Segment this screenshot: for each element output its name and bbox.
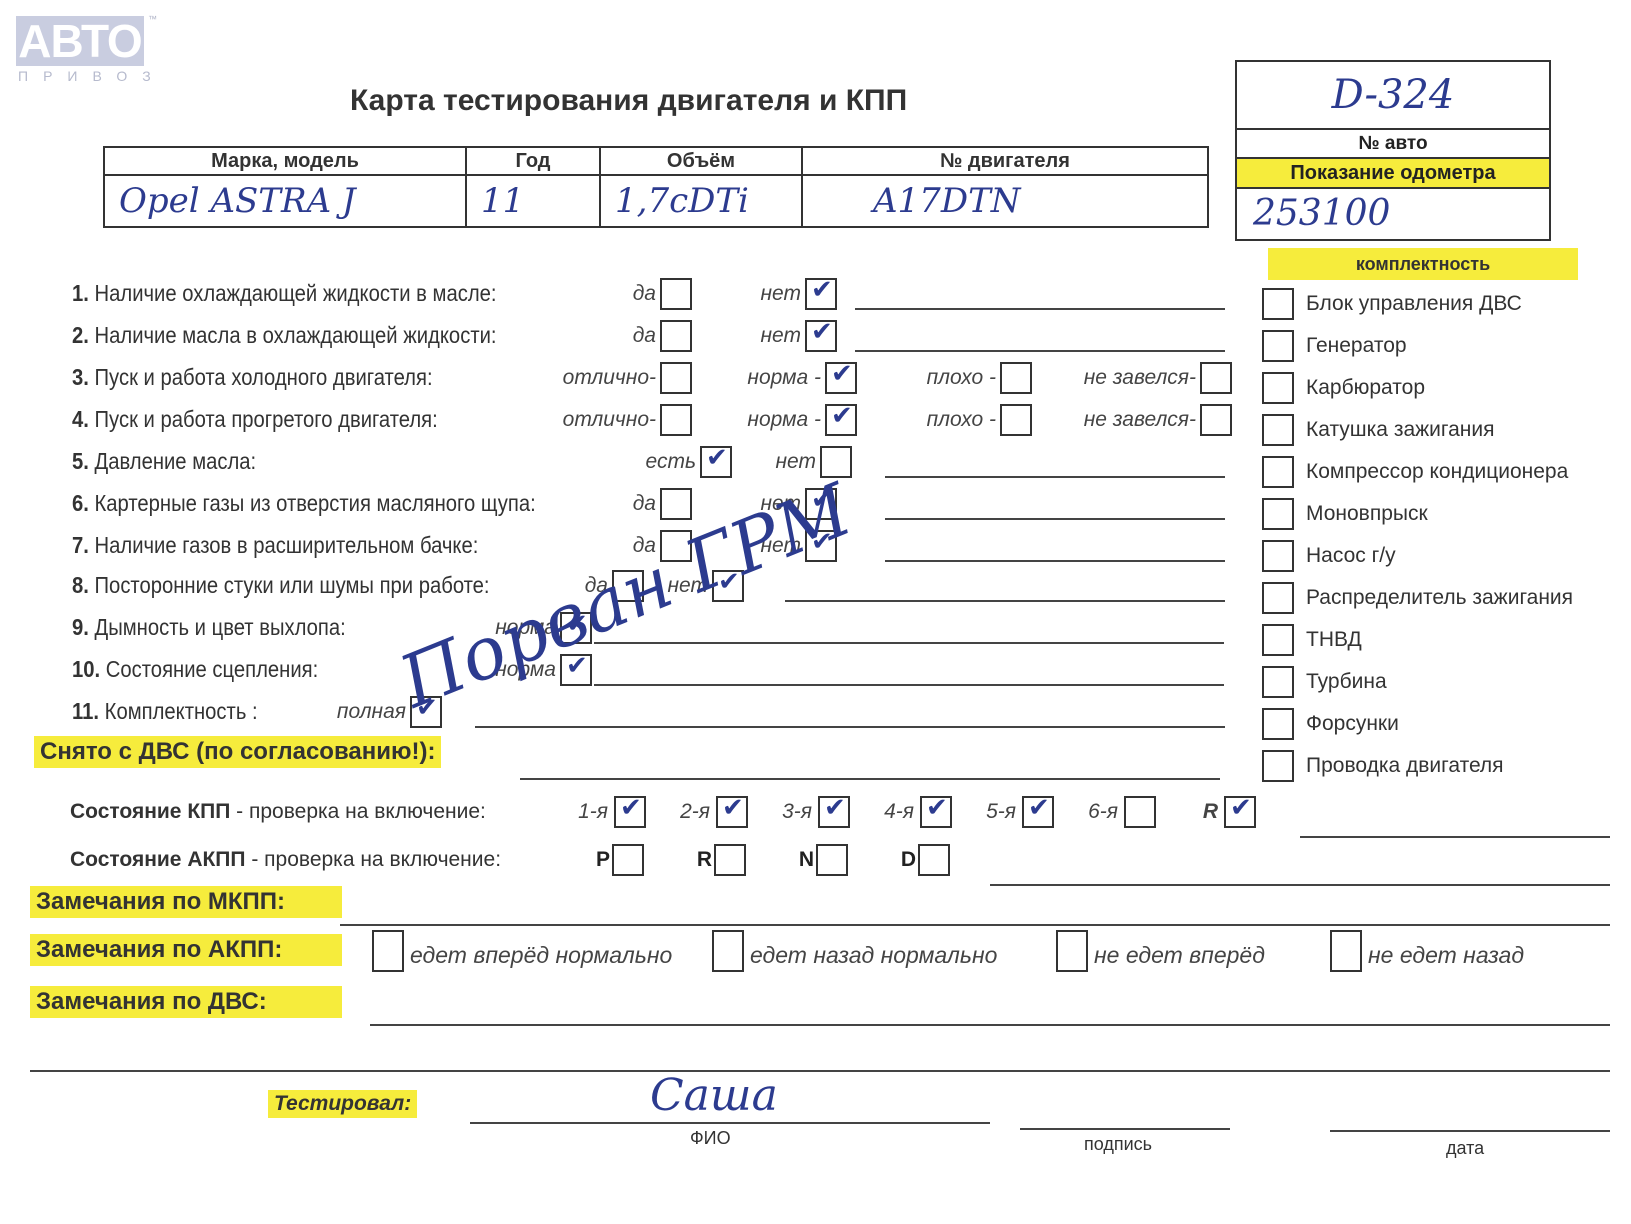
gear-checkbox[interactable] <box>614 796 646 828</box>
option-checkbox[interactable] <box>825 404 857 436</box>
question-label: Дымность и цвет выхлопа: <box>95 614 346 640</box>
komplektnost-checkbox[interactable] <box>1262 708 1294 740</box>
question-number: 8. <box>72 572 95 598</box>
date-line[interactable] <box>1330 1130 1610 1132</box>
fio-line[interactable] <box>470 1122 990 1124</box>
vehicle-info-table: Марка, модель Год Объём № двигателя Opel… <box>103 146 1209 228</box>
gear-checkbox[interactable] <box>920 796 952 828</box>
question-text: 3. Пуск и работа холодного двигателя: <box>72 364 433 391</box>
question-number: 6. <box>72 490 95 516</box>
option-label: отлично- <box>563 366 656 390</box>
komplektnost-label: Блок управления ДВС <box>1306 292 1522 316</box>
question-text: 2. Наличие масла в охлаждающей жидкости: <box>72 322 497 349</box>
logo: АВТО ™ ПРИВОЗ <box>16 16 166 84</box>
option-label: не завелся- <box>1084 366 1196 390</box>
year-value[interactable]: 11 <box>466 175 600 227</box>
akpp-remark-label: не едет назад <box>1368 942 1524 969</box>
comment-line[interactable] <box>885 560 1225 562</box>
question-text: 4. Пуск и работа прогретого двигателя: <box>72 406 438 433</box>
akpp-mode-checkbox[interactable] <box>612 844 644 876</box>
comment-line[interactable] <box>594 684 1224 686</box>
fio-label: ФИО <box>690 1128 731 1149</box>
question-label: Наличие газов в расширительном бачке: <box>95 532 479 558</box>
komplektnost-checkbox[interactable] <box>1262 582 1294 614</box>
akpp-remark-checkbox[interactable] <box>712 930 744 972</box>
komplektnost-label: Форсунки <box>1306 712 1399 736</box>
option-checkbox[interactable] <box>1200 362 1232 394</box>
gear-label: 5-я <box>986 800 1016 824</box>
akpp-line[interactable] <box>990 884 1610 886</box>
option-label: есть <box>646 450 696 474</box>
akpp-remark-checkbox[interactable] <box>1056 930 1088 972</box>
logo-sub: ПРИВОЗ <box>16 68 166 84</box>
tester-name[interactable]: Саша <box>650 1070 778 1121</box>
option-label: плохо - <box>927 366 996 390</box>
question-label: Давление масла: <box>95 448 257 474</box>
akpp-mode-label: P <box>596 848 610 872</box>
akpp-remark-label: едет назад нормально <box>750 942 997 969</box>
question-number: 3. <box>72 364 95 390</box>
remarks-dvs-line[interactable] <box>370 1024 1610 1026</box>
option-checkbox[interactable] <box>660 488 692 520</box>
question-text: 1. Наличие охлаждающей жидкости в масле: <box>72 280 497 307</box>
question-number: 10. <box>72 656 106 682</box>
option-checkbox[interactable] <box>805 320 837 352</box>
question-text: 8. Посторонние стуки или шумы при работе… <box>72 572 490 599</box>
sign-line[interactable] <box>1020 1128 1230 1130</box>
question-number: 11. <box>72 698 105 724</box>
option-label: полная <box>337 700 406 724</box>
sign-label: подпись <box>1084 1134 1152 1155</box>
make-model-value[interactable]: Opel ASTRA J <box>104 175 466 227</box>
option-label: да <box>633 324 656 348</box>
komplektnost-checkbox[interactable] <box>1262 372 1294 404</box>
option-checkbox[interactable] <box>805 278 837 310</box>
kpp-label: Состояние КПП - проверка на включение: <box>70 800 486 824</box>
auto-number-label: № авто <box>1237 130 1549 159</box>
comment-line[interactable] <box>855 308 1225 310</box>
question-text: 10. Состояние сцепления: <box>72 656 318 683</box>
auto-number-value[interactable]: D-324 <box>1237 62 1549 130</box>
remarks-akpp-label: Замечания по АКПП: <box>30 934 342 966</box>
komplektnost-label: Катушка зажигания <box>1306 418 1494 442</box>
auto-number-box: D-324 № авто Показание одометра 253100 <box>1235 60 1551 241</box>
akpp-label-bold: Состояние АКПП <box>70 848 246 871</box>
komplektnost-checkbox[interactable] <box>1262 288 1294 320</box>
gear-checkbox[interactable] <box>1124 796 1156 828</box>
logo-brand: АВТО <box>16 16 144 66</box>
option-checkbox[interactable] <box>825 362 857 394</box>
page-title: Карта тестирования двигателя и КПП <box>350 84 907 118</box>
akpp-remark-checkbox[interactable] <box>1330 930 1362 972</box>
option-label: плохо - <box>927 408 996 432</box>
komplektnost-label: Турбина <box>1306 670 1387 694</box>
col-volume: Объём <box>600 147 802 175</box>
col-make-model: Марка, модель <box>104 147 466 175</box>
komplektnost-label: ТНВД <box>1306 628 1362 652</box>
col-engine-no: № двигателя <box>802 147 1208 175</box>
komplektnost-checkbox[interactable] <box>1262 330 1294 362</box>
question-label: Картерные газы из отверстия масляного щу… <box>95 490 536 516</box>
option-label: норма - <box>747 408 821 432</box>
komplektnost-header: комплектность <box>1268 248 1578 280</box>
question-number: 9. <box>72 614 95 640</box>
gear-label: 4-я <box>884 800 914 824</box>
question-label: Пуск и работа прогретого двигателя: <box>95 406 438 432</box>
question-label: Состояние сцепления: <box>106 656 318 682</box>
question-label: Наличие масла в охлаждающей жидкости: <box>95 322 497 348</box>
option-checkbox[interactable] <box>1000 404 1032 436</box>
question-number: 4. <box>72 406 95 432</box>
option-label: норма - <box>747 366 821 390</box>
option-label: не завелся- <box>1084 408 1196 432</box>
akpp-mode-label: R <box>697 848 712 872</box>
volume-value[interactable]: 1,7cDTi <box>600 175 802 227</box>
odometer-value[interactable]: 253100 <box>1237 189 1549 241</box>
akpp-remark-checkbox[interactable] <box>372 930 404 972</box>
komplektnost-checkbox[interactable] <box>1262 540 1294 572</box>
option-label: отлично- <box>563 408 656 432</box>
comment-line[interactable] <box>475 726 1225 728</box>
comment-line[interactable] <box>855 350 1225 352</box>
date-label: дата <box>1446 1138 1484 1159</box>
question-text: 6. Картерные газы из отверстия масляного… <box>72 490 536 517</box>
question-number: 7. <box>72 532 95 558</box>
akpp-mode-checkbox[interactable] <box>918 844 950 876</box>
tested-by-label: Тестировал: <box>268 1090 417 1118</box>
question-text: 5. Давление масла: <box>72 448 256 475</box>
gear-checkbox[interactable] <box>716 796 748 828</box>
kpp-label-rest: - проверка на включение: <box>230 800 486 823</box>
option-checkbox[interactable] <box>660 320 692 352</box>
komplektnost-checkbox[interactable] <box>1262 750 1294 782</box>
akpp-label: Состояние АКПП - проверка на включение: <box>70 848 501 872</box>
question-text: 11. Комплектность : <box>72 698 258 725</box>
akpp-remark-label: не едет вперёд <box>1094 942 1265 969</box>
removed-label: Снято с ДВС (по согласованию!): <box>34 736 441 768</box>
komplektnost-label: Насос г/у <box>1306 544 1396 568</box>
option-label: нет <box>761 282 802 306</box>
removed-line[interactable] <box>520 778 1220 780</box>
col-year: Год <box>466 147 600 175</box>
option-label: да <box>633 282 656 306</box>
question-text: 9. Дымность и цвет выхлопа: <box>72 614 346 641</box>
akpp-remark-label: едет вперёд нормально <box>410 942 672 969</box>
akpp-label-rest: - проверка на включение: <box>246 848 502 871</box>
gear-checkbox[interactable] <box>818 796 850 828</box>
akpp-mode-checkbox[interactable] <box>714 844 746 876</box>
komplektnost-checkbox[interactable] <box>1262 666 1294 698</box>
akpp-mode-label: D <box>901 848 916 872</box>
comment-line[interactable] <box>785 600 1225 602</box>
question-label: Пуск и работа холодного двигателя: <box>95 364 433 390</box>
option-checkbox[interactable] <box>660 362 692 394</box>
kpp-line[interactable] <box>1300 836 1610 838</box>
kpp-label-bold: Состояние КПП <box>70 800 230 823</box>
akpp-mode-checkbox[interactable] <box>816 844 848 876</box>
komplektnost-checkbox[interactable] <box>1262 414 1294 446</box>
komplektnost-checkbox[interactable] <box>1262 456 1294 488</box>
komplektnost-label: Генератор <box>1306 334 1407 358</box>
logo-tm: ™ <box>148 14 157 24</box>
question-label: Комплектность : <box>105 698 258 724</box>
odometer-label: Показание одометра <box>1237 159 1549 189</box>
comment-line[interactable] <box>885 518 1225 520</box>
komplektnost-checkbox[interactable] <box>1262 624 1294 656</box>
option-checkbox[interactable] <box>660 278 692 310</box>
comment-line[interactable] <box>885 476 1225 478</box>
gear-checkbox[interactable] <box>1022 796 1054 828</box>
option-label: нет <box>776 450 817 474</box>
question-number: 2. <box>72 322 95 348</box>
option-checkbox[interactable] <box>1000 362 1032 394</box>
gear-label: 2-я <box>680 800 710 824</box>
komplektnost-label: Компрессор кондиционера <box>1306 460 1568 484</box>
remarks-mkpp-label: Замечания по МКПП: <box>30 886 342 918</box>
komplektnost-label: Проводка двигателя <box>1306 754 1504 778</box>
remarks-extra-line[interactable] <box>30 1070 1610 1072</box>
comment-line[interactable] <box>594 642 1224 644</box>
komplektnost-label: Моновпрыск <box>1306 502 1428 526</box>
remarks-mkpp-line[interactable] <box>340 924 1610 926</box>
akpp-mode-label: N <box>799 848 814 872</box>
remarks-dvs-label: Замечания по ДВС: <box>30 986 342 1018</box>
option-label: да <box>633 492 656 516</box>
komplektnost-label: Карбюратор <box>1306 376 1425 400</box>
option-checkbox[interactable] <box>700 446 732 478</box>
question-number: 1. <box>72 280 95 306</box>
question-label: Наличие охлаждающей жидкости в масле: <box>95 280 497 306</box>
question-number: 5. <box>72 448 95 474</box>
engine-no-value[interactable]: A17DTN <box>802 175 1208 227</box>
gear-label: 3-я <box>782 800 812 824</box>
option-checkbox[interactable] <box>660 404 692 436</box>
gear-label: 1-я <box>578 800 608 824</box>
komplektnost-label: Распределитель зажигания <box>1306 586 1573 610</box>
option-checkbox[interactable] <box>1200 404 1232 436</box>
question-label: Посторонние стуки или шумы при работе: <box>95 572 490 598</box>
gear-label: R <box>1203 800 1218 824</box>
gear-checkbox[interactable] <box>1224 796 1256 828</box>
komplektnost-checkbox[interactable] <box>1262 498 1294 530</box>
gear-label: 6-я <box>1088 800 1118 824</box>
question-text: 7. Наличие газов в расширительном бачке: <box>72 532 478 559</box>
option-label: нет <box>761 324 802 348</box>
